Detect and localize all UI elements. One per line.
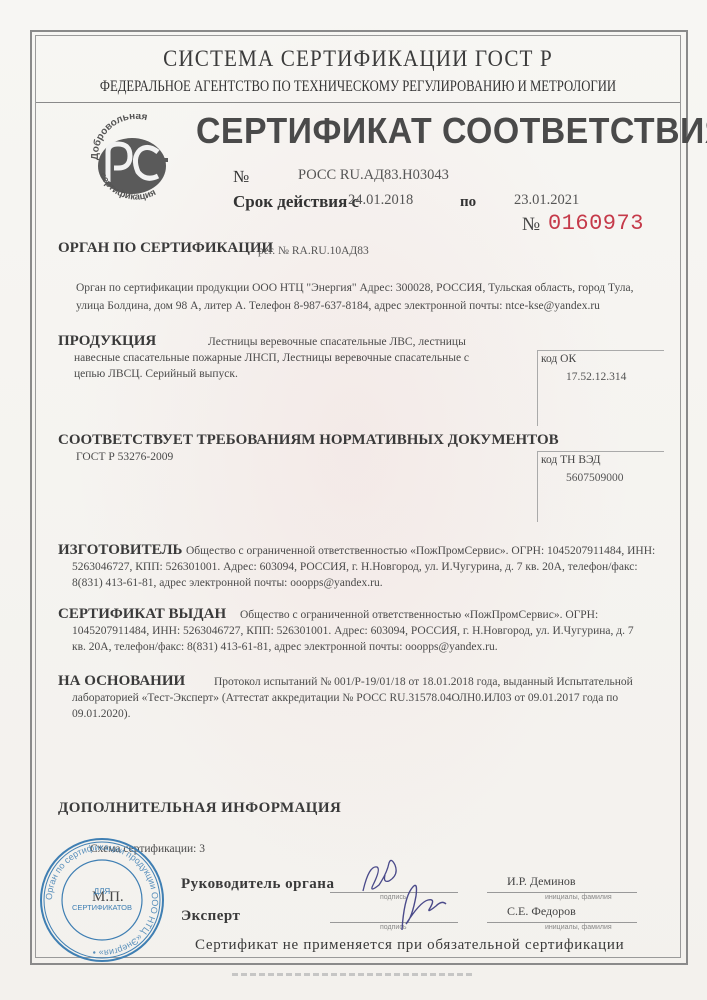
system-title: СИСТЕМА СЕРТИФИКАЦИИ ГОСТ Р	[62, 46, 654, 72]
conformity-title: СООТВЕТСТВУЕТ ТРЕБОВАНИЯМ НОРМАТИВНЫХ ДО…	[58, 432, 559, 449]
rst-logo-icon: Добровольная сертификация	[86, 114, 186, 210]
code-tnved-label: код ТН ВЭД	[541, 454, 601, 466]
blank-number: 0160973	[548, 211, 644, 236]
product-title: ПРОДУКЦИЯ	[58, 333, 156, 350]
blank-number-sign: №	[522, 214, 540, 236]
expert-name: С.Е. Федоров	[507, 904, 576, 919]
validity-label: Срок действия с	[233, 192, 359, 212]
code-ok-box: код ОК 17.52.12.314	[537, 350, 664, 426]
svg-text:Орган по сертификации продукци: Орган по сертификации продукции ООО НТЦ …	[44, 842, 160, 958]
basis-line-2: лабораторией «Тест-Эксперт» (Аттестат ак…	[72, 689, 618, 707]
basis-title: НА ОСНОВАНИИ	[58, 673, 185, 690]
round-seal-stamp-icon: Орган по сертификации продукции ООО НТЦ …	[38, 836, 166, 964]
head-name-line	[487, 892, 637, 893]
printer-footer-line	[232, 973, 472, 976]
valid-to-label: по	[460, 194, 476, 211]
issued-to-line-3: кв. 20А, телефон/факс: 8(831) 413-61-81,…	[72, 638, 498, 656]
head-label: Руководитель органа	[181, 876, 334, 893]
head-name-caption: инициалы, фамилия	[545, 894, 612, 901]
valid-from: 24.01.2018	[348, 192, 413, 209]
additional-info-title: ДОПОЛНИТЕЛЬНАЯ ИНФОРМАЦИЯ	[58, 800, 341, 817]
svg-text:ДЛЯ: ДЛЯ	[94, 887, 111, 896]
expert-name-caption: инициалы, фамилия	[545, 924, 612, 931]
conformity-standard: ГОСТ Р 53276-2009	[76, 448, 173, 466]
agency-title: ФЕДЕРАЛЬНОЕ АГЕНТСТВО ПО ТЕХНИЧЕСКОМУ РЕ…	[94, 78, 622, 96]
certification-body-title: ОРГАН ПО СЕРТИФИКАЦИИ	[58, 240, 273, 257]
certification-body-reg-number: рег. № RA.RU.10АД83	[258, 245, 369, 257]
expert-name-line	[487, 922, 637, 923]
manufacturer-title: ИЗГОТОВИТЕЛЬ	[58, 542, 182, 559]
basis-line-3: 09.01.2020).	[72, 705, 130, 723]
manufacturer-line-3: 8(831) 413-61-81, адрес электронной почт…	[72, 574, 383, 592]
svg-text:СЕРТИФИКАТОВ: СЕРТИФИКАТОВ	[72, 903, 132, 912]
product-line-3: цепью ЛВСЦ. Серийный выпуск.	[74, 365, 238, 383]
number-sign: №	[233, 167, 249, 187]
certificate-number: РОСС RU.АД83.Н03043	[298, 167, 449, 184]
code-ok-value: 17.52.12.314	[566, 371, 626, 383]
certificate-title: СЕРТИФИКАТ СООТВЕТСТВИЯ	[196, 110, 707, 152]
issued-to-title: СЕРТИФИКАТ ВЫДАН	[58, 606, 226, 623]
certification-body-text: Орган по сертификации продукции ООО НТЦ …	[76, 279, 636, 315]
code-tnved-value: 5607509000	[566, 472, 624, 484]
code-ok-label: код ОК	[541, 353, 576, 365]
code-tnved-box: код ТН ВЭД 5607509000	[537, 451, 664, 522]
expert-label: Эксперт	[181, 908, 240, 925]
not-applicable-note: Сертификат не применяется при обязательн…	[195, 937, 624, 954]
head-name: И.Р. Деминов	[507, 874, 576, 889]
header-block: СИСТЕМА СЕРТИФИКАЦИИ ГОСТ Р ФЕДЕРАЛЬНОЕ …	[36, 36, 680, 103]
valid-to: 23.01.2021	[514, 192, 579, 209]
expert-signature-icon	[390, 878, 450, 934]
